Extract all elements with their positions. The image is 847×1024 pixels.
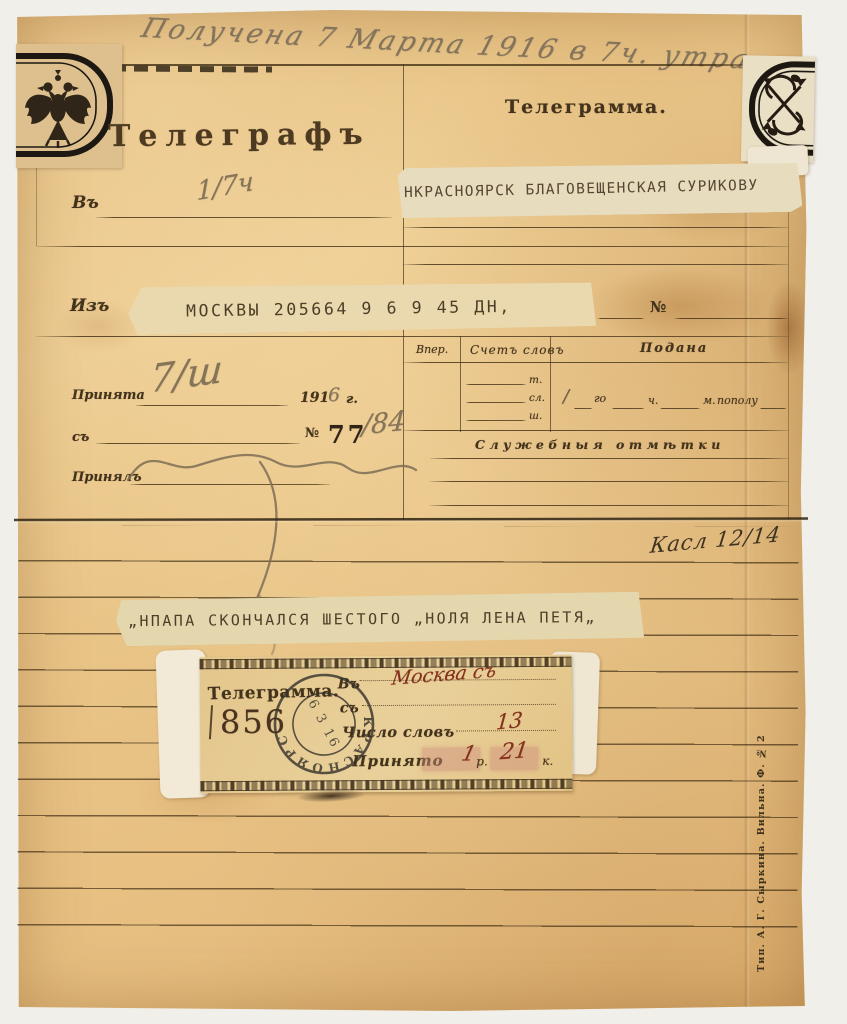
from-label: Изъ <box>70 296 109 316</box>
scanned-telegram-photo: { "note_top": "Получена 7 Марта 1916 в 7… <box>0 0 847 1024</box>
year-suffix: г. <box>346 392 358 407</box>
table-col-vper: Впер. <box>416 343 448 356</box>
ink-smear <box>112 65 272 72</box>
number-label: № <box>650 298 666 316</box>
service-line <box>430 458 788 459</box>
podana-m: м. <box>703 394 716 407</box>
table-col-podana: Подана <box>640 341 708 356</box>
receipt-border-bottom <box>200 779 572 792</box>
table-bottom-line <box>403 430 788 431</box>
receipt-border-top <box>200 657 572 670</box>
count-unit-t: т. <box>529 374 542 386</box>
count-unit-sh: ш. <box>529 410 542 422</box>
podana-go: го <box>594 392 606 405</box>
telegram-title: Телеграмма. <box>505 96 668 118</box>
message-text: „НПАПА СКОНЧАЛСЯ ШЕСТОГО „НОЛЯ ЛЕНА ПЕТЯ… <box>128 608 597 630</box>
receipt-from-dots <box>362 704 556 706</box>
stain <box>584 266 774 346</box>
podana-slash-handwritten: / <box>563 386 569 407</box>
origin-strip: МОСКВЫ 205664 9 6 9 45 ДН, <box>128 281 597 336</box>
postmark-date: 6 3 16 <box>304 697 342 751</box>
podana-ch: ч. <box>648 394 658 407</box>
podana-line <box>760 408 786 409</box>
telegraph-title: Телеграфъ <box>108 117 371 154</box>
received-label: Принята <box>72 388 145 403</box>
podana-popolu: пополу <box>717 394 758 407</box>
receipt-kop-value: 21 <box>499 738 530 765</box>
hour-label: съ <box>72 430 89 445</box>
number-underline <box>674 318 788 319</box>
address-strip: НКРАСНОЯРСК БЛАГОВЕЩЕНСКАЯ СУРИКОВУ <box>397 160 802 220</box>
count-unit-sl: сл. <box>529 392 545 404</box>
address-text: НКРАСНОЯРСК БЛАГОВЕЩЕНСКАЯ СУРИКОВУ <box>404 178 759 201</box>
count-row-line <box>466 384 526 385</box>
podana-line <box>574 408 592 409</box>
form-line <box>403 264 788 265</box>
to-underline <box>96 217 392 218</box>
origin-text: МОСКВЫ 205664 9 6 9 45 ДН, <box>186 297 512 321</box>
podana-line <box>660 408 700 409</box>
double-headed-eagle-icon <box>16 44 122 168</box>
serial-divider <box>209 705 213 739</box>
service-line <box>430 505 788 506</box>
year-handwritten: 6 <box>328 384 340 406</box>
count-row-line <box>466 420 526 421</box>
count-row-line <box>466 402 526 403</box>
table-header-line <box>403 362 788 363</box>
to-label: Въ <box>72 193 99 213</box>
receipt-words-value: 13 <box>495 708 524 735</box>
form-line <box>36 246 788 247</box>
podana-line <box>612 408 644 409</box>
eagle-emblem-patch <box>16 44 122 168</box>
table-col-count: Счетъ словъ <box>470 343 565 357</box>
message-strip: „НПАПА СКОНЧАЛСЯ ШЕСТОГО „НОЛЯ ЛЕНА ПЕТЯ… <box>116 592 644 647</box>
receipt-kop-unit: к. <box>542 754 553 768</box>
received-underline <box>136 405 288 406</box>
service-line <box>430 481 788 482</box>
receipt-rub-unit: р. <box>476 754 488 768</box>
form-line <box>403 227 788 228</box>
service-notes-label: Служебныя отмѣтки <box>475 437 725 452</box>
form-line <box>36 336 788 337</box>
from-dashes <box>598 318 644 319</box>
year-printed: 191 <box>300 390 329 406</box>
printer-imprint: Тип. А. Г. Сыркина. Вильна. Ф. № 2 <box>756 688 767 972</box>
table-vline <box>460 336 461 432</box>
